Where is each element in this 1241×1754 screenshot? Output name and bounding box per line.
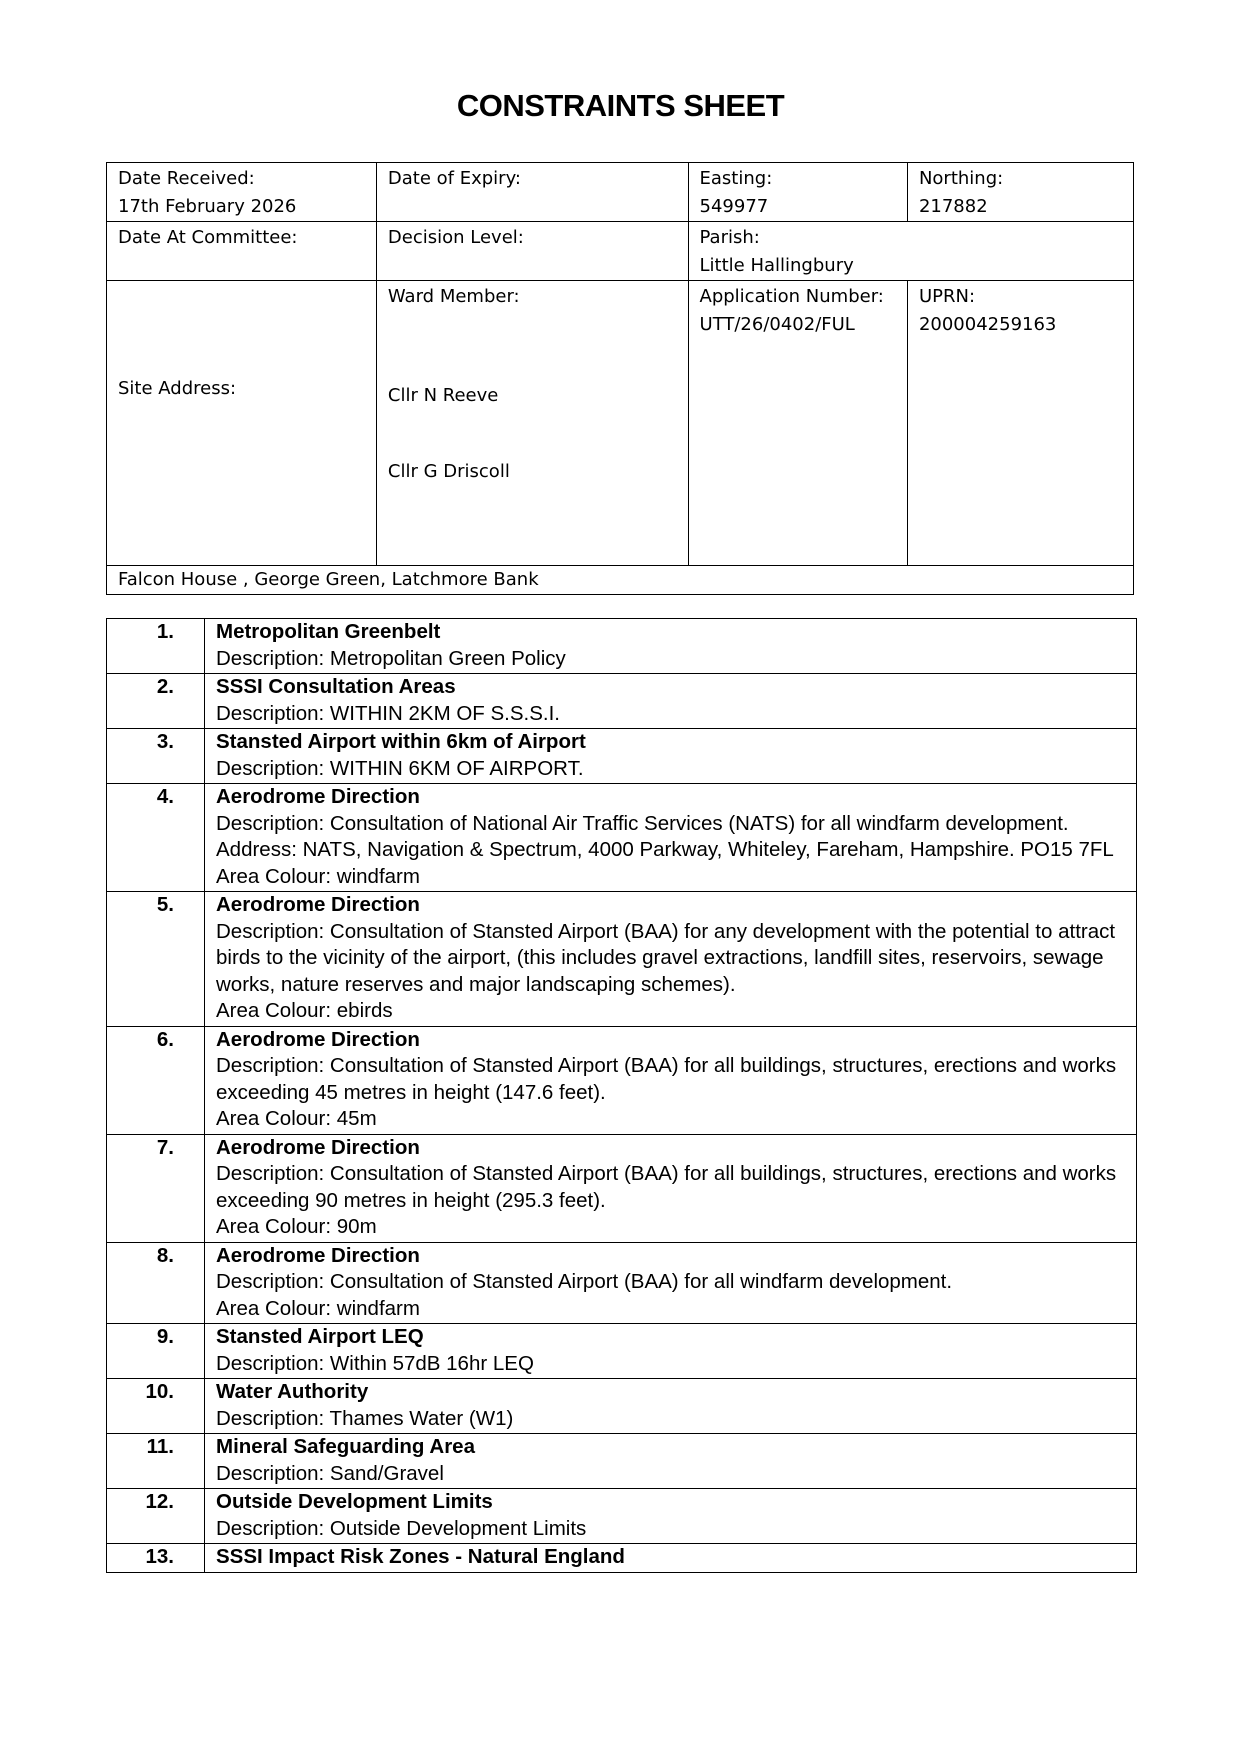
decision-level-cell: Decision Level: bbox=[376, 222, 688, 281]
constraint-title: Aerodrome Direction bbox=[216, 1027, 1126, 1054]
constraint-detail-line: Description: Consultation of Stansted Ai… bbox=[216, 1161, 1126, 1214]
page-title: CONSTRAINTS SHEET bbox=[0, 88, 1241, 124]
constraint-number: 8. bbox=[107, 1242, 205, 1324]
date-received-label: Date Received: bbox=[118, 165, 365, 193]
constraint-title: Aerodrome Direction bbox=[216, 892, 1126, 919]
constraint-body: Aerodrome Direction Description: Consult… bbox=[205, 1242, 1137, 1324]
constraint-number: 9. bbox=[107, 1324, 205, 1379]
constraint-row: 12. Outside Development Limits Descripti… bbox=[107, 1489, 1137, 1544]
constraint-detail-line: Description: Sand/Gravel bbox=[216, 1461, 1126, 1488]
constraint-body: Aerodrome Direction Description: Consult… bbox=[205, 784, 1137, 892]
date-received-cell: Date Received: 17th February 2026 bbox=[107, 163, 377, 222]
constraint-detail-line: Description: Within 57dB 16hr LEQ bbox=[216, 1351, 1126, 1378]
constraint-detail-line: Area Colour: 90m bbox=[216, 1214, 1126, 1241]
parish-cell: Parish: Little Hallingbury bbox=[688, 222, 1133, 281]
constraint-title: Water Authority bbox=[216, 1379, 1126, 1406]
northing-label: Northing: bbox=[919, 165, 1122, 193]
ward-member-name: Cllr N Reeve bbox=[388, 382, 677, 410]
constraint-body: Water Authority Description: Thames Wate… bbox=[205, 1379, 1137, 1434]
constraint-number: 6. bbox=[107, 1026, 205, 1134]
constraint-number: 12. bbox=[107, 1489, 205, 1544]
application-info-table: Date Received: 17th February 2026 Date o… bbox=[106, 162, 1134, 595]
constraint-number: 4. bbox=[107, 784, 205, 892]
ward-member-cell: Ward Member: Cllr N Reeve Cllr G Driscol… bbox=[376, 281, 688, 566]
easting-cell: Easting: 549977 bbox=[688, 163, 907, 222]
constraint-title: Outside Development Limits bbox=[216, 1489, 1126, 1516]
parish-value: Little Hallingbury bbox=[700, 252, 1122, 280]
constraint-body: Stansted Airport within 6km of Airport D… bbox=[205, 729, 1137, 784]
constraint-detail-line: Description: WITHIN 6KM OF AIRPORT. bbox=[216, 756, 1126, 783]
ward-member-name: Cllr G Driscoll bbox=[388, 458, 677, 486]
constraint-title: SSSI Impact Risk Zones - Natural England bbox=[216, 1544, 1126, 1571]
constraint-detail-line: Description: Consultation of Stansted Ai… bbox=[216, 1053, 1126, 1106]
constraint-row: 3. Stansted Airport within 6km of Airpor… bbox=[107, 729, 1137, 784]
constraint-number: 13. bbox=[107, 1544, 205, 1573]
application-number-value: UTT/26/0402/FUL bbox=[700, 311, 896, 339]
date-of-expiry-label: Date of Expiry: bbox=[388, 165, 677, 193]
constraint-body: SSSI Consultation Areas Description: WIT… bbox=[205, 674, 1137, 729]
constraint-body: Aerodrome Direction Description: Consult… bbox=[205, 1026, 1137, 1134]
constraint-title: Stansted Airport LEQ bbox=[216, 1324, 1126, 1351]
constraint-title: Stansted Airport within 6km of Airport bbox=[216, 729, 1126, 756]
constraint-body: Outside Development Limits Description: … bbox=[205, 1489, 1137, 1544]
constraint-body: Aerodrome Direction Description: Consult… bbox=[205, 1134, 1137, 1242]
date-received-value: 17th February 2026 bbox=[118, 193, 365, 221]
constraint-number: 3. bbox=[107, 729, 205, 784]
constraint-row: 4. Aerodrome Direction Description: Cons… bbox=[107, 784, 1137, 892]
constraint-detail-line: Description: Consultation of National Ai… bbox=[216, 811, 1126, 838]
decision-level-label: Decision Level: bbox=[388, 224, 677, 252]
constraint-detail-line: Description: Consultation of Stansted Ai… bbox=[216, 919, 1126, 999]
constraint-row: 6. Aerodrome Direction Description: Cons… bbox=[107, 1026, 1137, 1134]
date-at-committee-cell: Date At Committee: bbox=[107, 222, 377, 281]
uprn-value: 200004259163 bbox=[919, 311, 1122, 339]
constraint-row: 11. Mineral Safeguarding Area Descriptio… bbox=[107, 1434, 1137, 1489]
constraint-detail-line: Area Colour: windfarm bbox=[216, 1296, 1126, 1323]
constraint-detail-line: Area Colour: 45m bbox=[216, 1106, 1126, 1133]
ward-member-label: Ward Member: bbox=[388, 283, 677, 311]
constraint-title: Metropolitan Greenbelt bbox=[216, 619, 1126, 646]
constraint-row: 10. Water Authority Description: Thames … bbox=[107, 1379, 1137, 1434]
parish-label: Parish: bbox=[700, 224, 1122, 252]
constraint-number: 1. bbox=[107, 619, 205, 674]
date-of-expiry-cell: Date of Expiry: bbox=[376, 163, 688, 222]
constraint-row: 8. Aerodrome Direction Description: Cons… bbox=[107, 1242, 1137, 1324]
site-address-value: Falcon House , George Green, Latchmore B… bbox=[118, 566, 1122, 594]
northing-cell: Northing: 217882 bbox=[907, 163, 1133, 222]
constraint-title: Aerodrome Direction bbox=[216, 784, 1126, 811]
site-address-label-cell: Site Address: bbox=[107, 281, 377, 566]
constraint-detail-line: Address: NATS, Navigation & Spectrum, 40… bbox=[216, 837, 1126, 864]
constraint-detail-line: Description: Thames Water (W1) bbox=[216, 1406, 1126, 1433]
constraint-title: Aerodrome Direction bbox=[216, 1243, 1126, 1270]
constraint-detail-line: Description: Metropolitan Green Policy bbox=[216, 646, 1126, 673]
constraint-number: 2. bbox=[107, 674, 205, 729]
constraint-row: 9. Stansted Airport LEQ Description: Wit… bbox=[107, 1324, 1137, 1379]
easting-label: Easting: bbox=[700, 165, 896, 193]
constraint-row: 5. Aerodrome Direction Description: Cons… bbox=[107, 892, 1137, 1027]
constraint-detail-line: Area Colour: ebirds bbox=[216, 998, 1126, 1025]
easting-value: 549977 bbox=[700, 193, 896, 221]
constraint-number: 10. bbox=[107, 1379, 205, 1434]
uprn-label: UPRN: bbox=[919, 283, 1122, 311]
constraint-title: SSSI Consultation Areas bbox=[216, 674, 1126, 701]
constraint-detail-line: Description: Consultation of Stansted Ai… bbox=[216, 1269, 1126, 1296]
constraint-row: 13. SSSI Impact Risk Zones - Natural Eng… bbox=[107, 1544, 1137, 1573]
constraint-title: Mineral Safeguarding Area bbox=[216, 1434, 1126, 1461]
site-address-value-cell: Falcon House , George Green, Latchmore B… bbox=[107, 566, 1134, 595]
constraint-detail-line: Area Colour: windfarm bbox=[216, 864, 1126, 891]
constraint-body: SSSI Impact Risk Zones - Natural England bbox=[205, 1544, 1137, 1573]
constraint-number: 7. bbox=[107, 1134, 205, 1242]
constraint-number: 5. bbox=[107, 892, 205, 1027]
constraint-body: Mineral Safeguarding Area Description: S… bbox=[205, 1434, 1137, 1489]
constraint-body: Metropolitan Greenbelt Description: Metr… bbox=[205, 619, 1137, 674]
uprn-cell: UPRN: 200004259163 bbox=[907, 281, 1133, 566]
application-number-label: Application Number: bbox=[700, 283, 896, 311]
site-address-label: Site Address: bbox=[118, 375, 365, 403]
constraints-table: 1. Metropolitan Greenbelt Description: M… bbox=[106, 618, 1137, 1573]
application-number-cell: Application Number: UTT/26/0402/FUL bbox=[688, 281, 907, 566]
constraint-detail-line: Description: Outside Development Limits bbox=[216, 1516, 1126, 1543]
constraint-row: 2. SSSI Consultation Areas Description: … bbox=[107, 674, 1137, 729]
constraint-row: 7. Aerodrome Direction Description: Cons… bbox=[107, 1134, 1137, 1242]
northing-value: 217882 bbox=[919, 193, 1122, 221]
constraint-number: 11. bbox=[107, 1434, 205, 1489]
constraint-detail-line: Description: WITHIN 2KM OF S.S.S.I. bbox=[216, 701, 1126, 728]
constraint-row: 1. Metropolitan Greenbelt Description: M… bbox=[107, 619, 1137, 674]
constraint-body: Aerodrome Direction Description: Consult… bbox=[205, 892, 1137, 1027]
constraint-body: Stansted Airport LEQ Description: Within… bbox=[205, 1324, 1137, 1379]
date-at-committee-label: Date At Committee: bbox=[118, 224, 365, 252]
constraint-title: Aerodrome Direction bbox=[216, 1135, 1126, 1162]
